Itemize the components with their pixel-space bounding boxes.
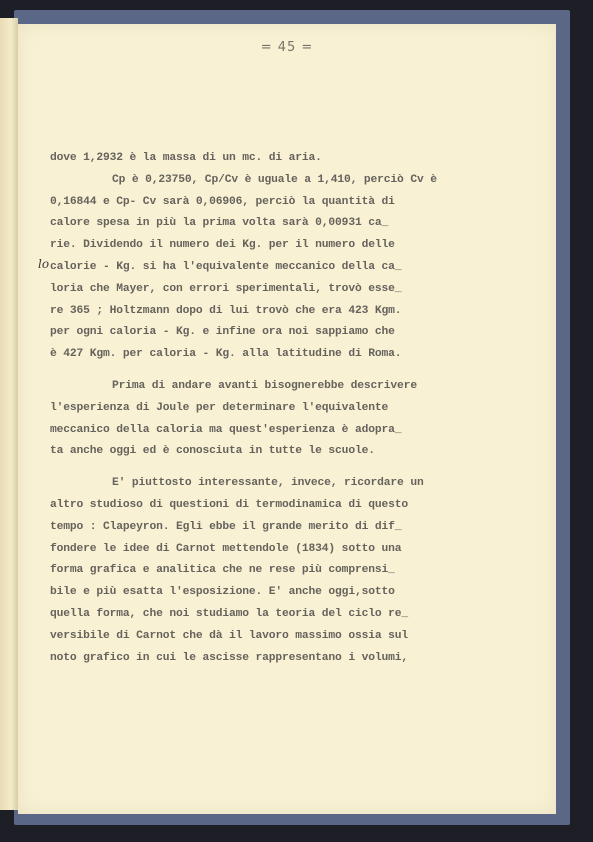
text-line: altro studioso di questioni di termodina…: [50, 495, 550, 517]
text-line: è 427 Kgm. per caloria - Kg. alla latitu…: [50, 344, 550, 366]
text-line: dove 1,2932 è la massa di un mc. di aria…: [50, 148, 550, 170]
text-line: loria che Mayer, con errori sperimentali…: [50, 279, 550, 301]
text-line: E' piuttosto interessante, invece, ricor…: [50, 473, 550, 495]
text-line: Cp è 0,23750, Cp/Cv è uguale a 1,410, pe…: [50, 170, 550, 192]
text-line: calorie - Kg. si ha l'equivalente meccan…: [50, 257, 550, 279]
text-line: meccanico della caloria ma quest'esperie…: [50, 420, 550, 442]
text-line: tempo : Clapeyron. Egli ebbe il grande m…: [50, 517, 550, 539]
text-line: fondere le idee di Carnot mettendole (18…: [50, 539, 550, 561]
text-line: ta anche oggi ed è conosciuta in tutte l…: [50, 441, 550, 463]
text-line: quella forma, che noi studiamo la teoria…: [50, 604, 550, 626]
text-line: forma grafica e analitica che ne rese pi…: [50, 560, 550, 582]
paragraph-3: E' piuttosto interessante, invece, ricor…: [50, 473, 550, 669]
text-line: calore spesa in più la prima volta sarà …: [50, 213, 550, 235]
text-line: rie. Dividendo il numero dei Kg. per il …: [50, 235, 550, 257]
text-line: l'esperienza di Joule per determinare l'…: [50, 398, 550, 420]
text-line: re 365 ; Holtzmann dopo di lui trovò che…: [50, 301, 550, 323]
text-line: per ogni caloria - Kg. e infine ora noi …: [50, 322, 550, 344]
text-line: noto grafico in cui le ascisse rappresen…: [50, 648, 550, 670]
handwritten-margin-note: lo: [38, 257, 49, 271]
text-line: bile e più esatta l'esposizione. E' anch…: [50, 582, 550, 604]
text-line: 0,16844 e Cp- Cv sarà 0,06906, perciò la…: [50, 192, 550, 214]
text-line: versibile di Carnot che dà il lavoro mas…: [50, 626, 550, 648]
text-line: Prima di andare avanti bisognerebbe desc…: [50, 376, 550, 398]
paragraph-2: Prima di andare avanti bisognerebbe desc…: [50, 376, 550, 463]
page-number: = 45 =: [18, 40, 556, 55]
paragraph-1: dove 1,2932 è la massa di un mc. di aria…: [50, 148, 550, 366]
left-page-edge: [0, 18, 18, 810]
body-text: dove 1,2932 è la massa di un mc. di aria…: [50, 148, 550, 669]
document-page: = 45 = lo dove 1,2932 è la massa di un m…: [18, 24, 556, 814]
